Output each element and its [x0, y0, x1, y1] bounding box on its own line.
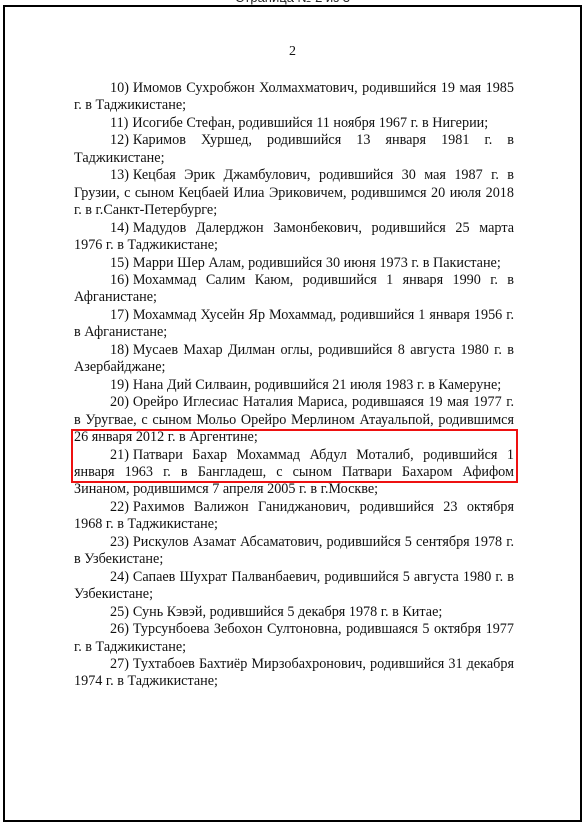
document-body: 10)Имомов Сухробжон Холмахматович, родив… [74, 80, 514, 691]
list-item: 18)Мусаев Махар Дилман оглы, родившийся … [74, 342, 514, 377]
item-text: Мусаев Махар Дилман оглы, родившийся 8 а… [74, 342, 514, 375]
item-number: 27) [110, 656, 129, 672]
item-text: Патвари Бахар Мохаммад Абдул Моталиб, ро… [74, 447, 514, 498]
item-text: Исогибе Стефан, родившийся 11 ноября 196… [132, 115, 488, 131]
item-text: Мохаммад Хусейн Яр Мохаммад, родившийся … [74, 307, 514, 340]
item-text: Имомов Сухробжон Холмахматович, родивший… [74, 80, 514, 113]
item-number: 11) [110, 115, 128, 131]
list-item: 23)Рискулов Азамат Абсаматович, родивший… [74, 534, 514, 569]
list-item: 13)Кецбая Эрик Джамбулович, родившийся 3… [74, 167, 514, 219]
list-item: 25)Сунь Кэвэй, родившийся 5 декабря 1978… [74, 604, 514, 621]
item-text: Мохаммад Салим Каюм, родившийся 1 января… [74, 272, 514, 305]
list-item: 10)Имомов Сухробжон Холмахматович, родив… [74, 80, 514, 115]
item-number: 15) [110, 255, 129, 271]
list-item: 22)Рахимов Валижон Ганиджанович, родивши… [74, 499, 514, 534]
item-number: 14) [110, 220, 129, 236]
item-number: 22) [110, 499, 129, 515]
item-number: 21) [110, 447, 129, 463]
list-item-highlighted: 20)Орейро Иглесиас Наталия Мариса, родив… [74, 394, 514, 446]
item-text: Нана Дий Силваин, родившийся 21 июля 198… [133, 377, 501, 393]
item-text: Каримов Хуршед, родившийся 13 января 198… [74, 132, 514, 165]
item-number: 16) [110, 272, 129, 288]
list-item: 21)Патвари Бахар Мохаммад Абдул Моталиб,… [74, 447, 514, 499]
list-item: 27)Тухтабоев Бахтиёр Мирзобахронович, ро… [74, 656, 514, 691]
item-text: Орейро Иглесиас Наталия Мариса, родившая… [74, 394, 514, 445]
item-number: 13) [110, 167, 129, 183]
item-number: 24) [110, 569, 129, 585]
page-number: 2 [5, 44, 580, 60]
document-page: 2 10)Имомов Сухробжон Холмахматович, род… [3, 5, 582, 822]
list-item: 24)Сапаев Шухрат Палванбаевич, родившийс… [74, 569, 514, 604]
list-item: 11)Исогибе Стефан, родившийся 11 ноября … [74, 115, 514, 132]
item-number: 25) [110, 604, 129, 620]
item-text: Сапаев Шухрат Палванбаевич, родившийся 5… [74, 569, 514, 602]
list-item: 15)Марри Шер Алам, родившийся 30 июня 19… [74, 255, 514, 272]
item-text: Рахимов Валижон Ганиджанович, родившийся… [74, 499, 514, 532]
list-item: 12)Каримов Хуршед, родившийся 13 января … [74, 132, 514, 167]
list-item: 16)Мохаммад Салим Каюм, родившийся 1 янв… [74, 272, 514, 307]
item-number: 20) [110, 394, 129, 410]
item-text: Мадудов Далерджон Замонбекович, родивший… [74, 220, 514, 253]
item-text: Тухтабоев Бахтиёр Мирзобахронович, родив… [74, 656, 514, 689]
item-text: Рискулов Азамат Абсаматович, родившийся … [74, 534, 514, 567]
item-text: Кецбая Эрик Джамбулович, родившийся 30 м… [74, 167, 514, 218]
item-text: Сунь Кэвэй, родившийся 5 декабря 1978 г.… [133, 604, 442, 620]
list-item: 26)Турсунбоева Зебохон Султоновна, родив… [74, 621, 514, 656]
item-number: 10) [110, 80, 129, 96]
item-number: 12) [110, 132, 129, 148]
list-item: 17)Мохаммад Хусейн Яр Мохаммад, родивший… [74, 307, 514, 342]
list-item: 14)Мадудов Далерджон Замонбекович, родив… [74, 220, 514, 255]
item-number: 26) [110, 621, 129, 637]
item-text: Марри Шер Алам, родившийся 30 июня 1973 … [133, 255, 501, 271]
item-number: 19) [110, 377, 129, 393]
item-number: 23) [110, 534, 129, 550]
item-text: Турсунбоева Зебохон Султоновна, родившая… [74, 621, 514, 654]
item-number: 18) [110, 342, 129, 358]
list-item: 19)Нана Дий Силваин, родившийся 21 июля … [74, 377, 514, 394]
item-number: 17) [110, 307, 129, 323]
